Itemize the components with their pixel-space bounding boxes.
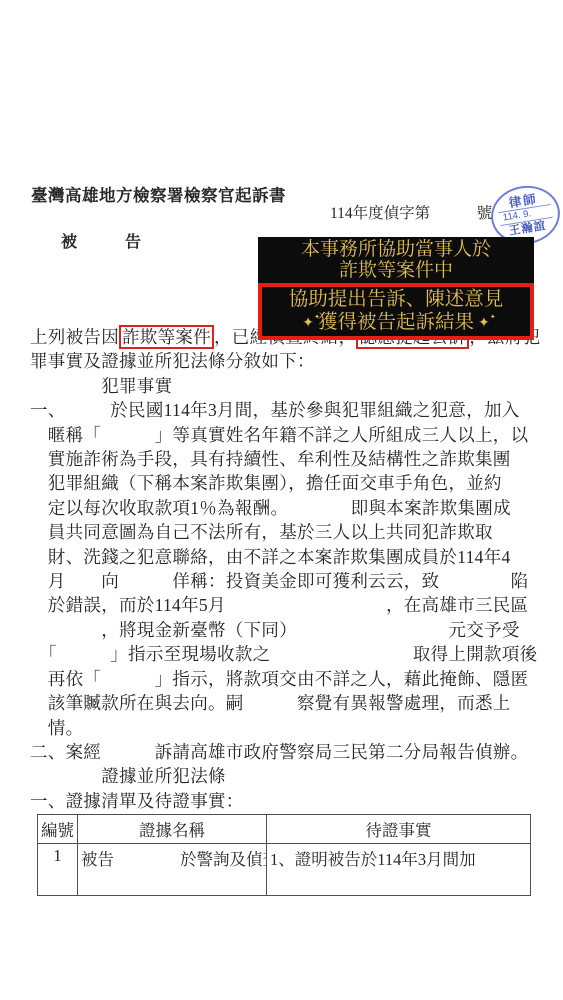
defendant-label: 被 告 (61, 229, 141, 252)
body-line: 財、洗錢之犯意聯絡，由不詳之本案詐欺集團成員於114年4 (30, 545, 540, 569)
body-line: 再依「 」指示，將款項交由不詳之人，藉此掩飾、隱匿 (30, 667, 540, 691)
body-lines: 犯罪事實一、 於民國114年3月間，基於參與犯罪組織之犯意，加入 暱稱「 」等真… (30, 374, 540, 813)
body-line: 一、 於民國114年3月間，基於參與犯罪組織之犯意，加入 (30, 398, 540, 422)
body-line: 證據並所犯法條 (30, 764, 540, 788)
table-cell: 1 (38, 844, 78, 896)
body-line: 月 向 佯稱：投資美金即可獲利云云，致 陷 (30, 569, 540, 593)
body-line: 二、案經 訴請高雄市政府警察局三民第二分局報告偵辦。 (30, 740, 540, 764)
body-line: 員共同意圖為自己不法所有，基於三人以上共同犯詐欺取 (30, 520, 540, 544)
promo-overlay: 本事務所協助當事人於 詐欺等案件中 協助提出告訴、陳述意見 ✦✦獲得被告起訴結果… (258, 237, 534, 340)
body-line: 一、證據清單及待證事實： (30, 789, 540, 813)
evidence-table: 編號 證據名稱 待證事實 1被告 於警詢及偵查1、證明被告於114年3月間加 (37, 814, 531, 896)
promo-line-4-text: 獲得被告起訴結果 (318, 311, 474, 333)
promo-line-4: ✦✦獲得被告起訴結果✦✦ (262, 311, 530, 334)
body-line: 定以每次收取款項1％為報酬。 即與本案詐欺集團成 (30, 496, 540, 520)
promo-line-1: 本事務所協助當事人於 (258, 239, 534, 260)
body-line: ，將現金新臺幣（下同） 元交予受 (30, 618, 540, 642)
body-line: 「 」指示至現場收款之 取得上開款項後 (30, 642, 540, 666)
col-header-facts-to-prove: 待證事實 (267, 815, 531, 844)
sparkles-icon: ✦✦ (302, 311, 314, 334)
document-title: 臺灣高雄地方檢察署檢察官起訴書 (31, 182, 286, 206)
document-page: 臺灣高雄地方檢察署檢察官起訴書 114年度偵字第 號 被 告 律師 114. 9… (0, 0, 563, 1000)
document-body: 上列被告因詐欺等案件，已經偵查終結，認應提起公訴，茲將犯 罪事實及證據並所犯法條… (30, 325, 540, 896)
body-line: 犯罪事實 (30, 374, 540, 398)
body-line: 暱稱「 」等真實姓名年籍不詳之人所組成三人以上，以 (30, 423, 540, 447)
highlight-fraud-case: 詐欺等案件 (119, 325, 214, 349)
col-header-evidence-name: 證據名稱 (78, 815, 267, 844)
body-line: 該筆贓款所在與去向。嗣 察覺有異報警處理，而悉上 (30, 691, 540, 715)
body-line: 犯罪組織（下稱本案詐欺集團），擔任面交車手角色，並約 (30, 471, 540, 495)
promo-highlight-box: 協助提出告訴、陳述意見 ✦✦獲得被告起訴結果✦✦ (258, 283, 534, 340)
table-header-row: 編號 證據名稱 待證事實 (38, 815, 531, 844)
promo-line-2: 詐欺等案件中 (258, 260, 534, 281)
body-line: 於錯誤，而於114年5月 ，在高雄市三民區 (30, 593, 540, 617)
body-line: 實施詐術為手段，具有持續性、牟利性及結構性之詐欺集團 (30, 447, 540, 471)
case-number: 114年度偵字第 號 (330, 201, 492, 223)
intro-line-2: 罪事實及證據並所犯法條分敘如下： (30, 349, 540, 373)
body-line: 情。 (30, 716, 540, 740)
intro-prefix: 上列被告因 (30, 327, 119, 347)
table-cell: 被告 於警詢及偵查 (78, 844, 267, 896)
sparkles-icon: ✦✦ (478, 311, 490, 334)
table-cell: 1、證明被告於114年3月間加 (267, 844, 531, 896)
col-header-number: 編號 (38, 815, 78, 844)
table-row: 1被告 於警詢及偵查1、證明被告於114年3月間加 (38, 844, 531, 896)
